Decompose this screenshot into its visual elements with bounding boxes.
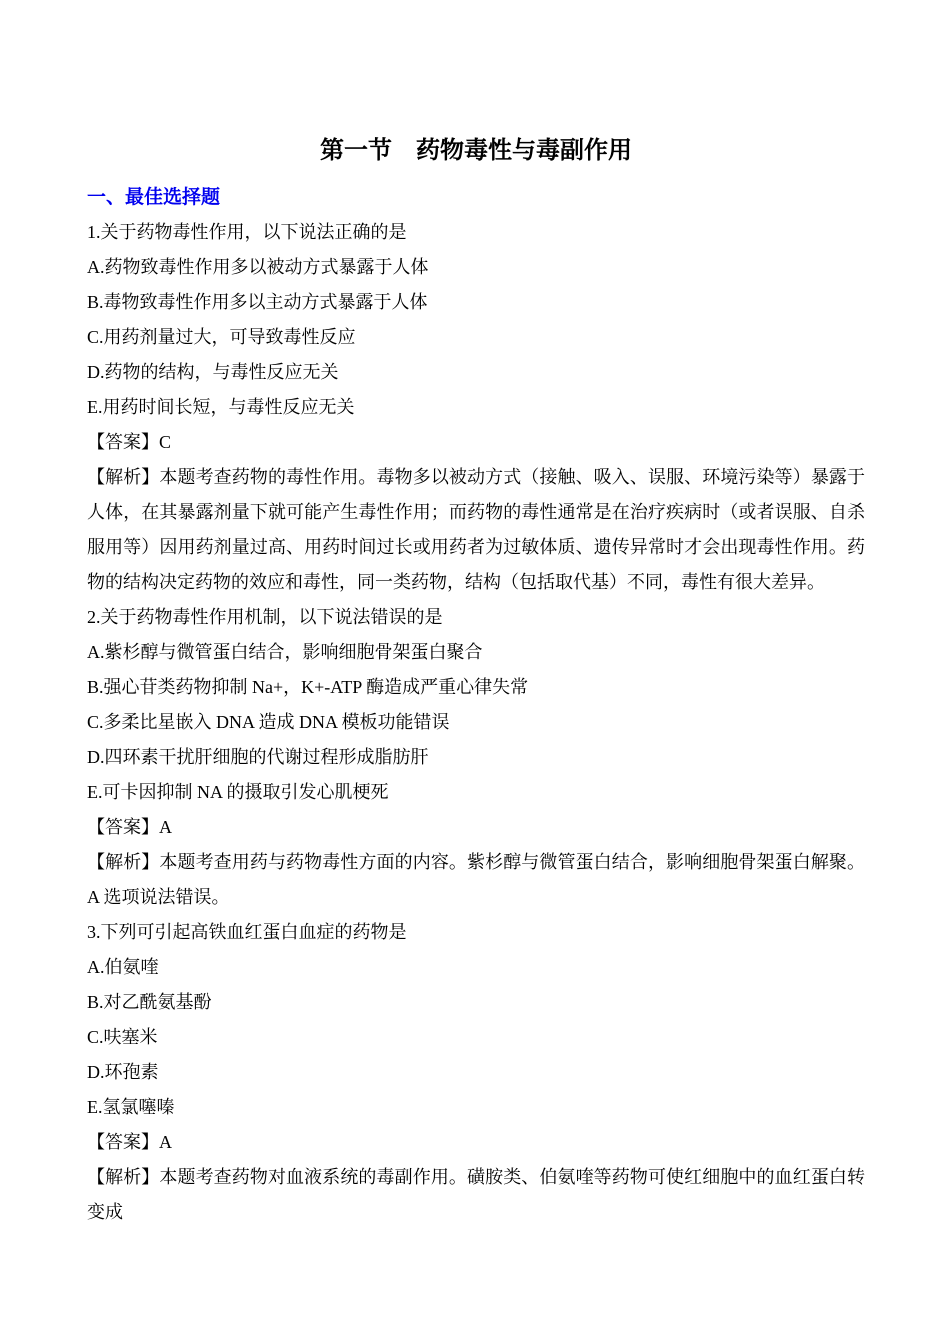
option-b: B.毒物致毒性作用多以主动方式暴露于人体 [87, 285, 865, 320]
option-c: C.多柔比星嵌入 DNA 造成 DNA 模板功能错误 [87, 705, 865, 740]
analysis-label: 【解析】 [87, 467, 159, 487]
option-c: C.用药剂量过大，可导致毒性反应 [87, 320, 865, 355]
analysis-label: 【解析】 [87, 1167, 159, 1187]
question-stem: 3.下列可引起高铁血红蛋白血症的药物是 [87, 915, 865, 950]
answer-label: 【答案】 [87, 1132, 159, 1152]
option-d: D.药物的结构，与毒性反应无关 [87, 355, 865, 390]
answer-value: A [159, 1132, 172, 1152]
option-d: D.四环素干扰肝细胞的代谢过程形成脂肪肝 [87, 740, 865, 775]
option-d: D.环孢素 [87, 1055, 865, 1090]
analysis-text: 本题考查药物对血液系统的毒副作用。磺胺类、伯氨喹等药物可使红细胞中的血红蛋白转变… [87, 1167, 865, 1222]
analysis-paragraph: 【解析】本题考查用药与药物毒性方面的内容。紫杉醇与微管蛋白结合，影响细胞骨架蛋白… [87, 845, 865, 915]
question-block-1: 1.关于药物毒性作用，以下说法正确的是 A.药物致毒性作用多以被动方式暴露于人体… [87, 215, 865, 600]
option-b: B.强心苷类药物抑制 Na+，K+-ATP 酶造成严重心律失常 [87, 670, 865, 705]
analysis-paragraph: 【解析】本题考查药物对血液系统的毒副作用。磺胺类、伯氨喹等药物可使红细胞中的血红… [87, 1160, 865, 1230]
option-a: A.紫杉醇与微管蛋白结合，影响细胞骨架蛋白聚合 [87, 635, 865, 670]
answer-label: 【答案】 [87, 432, 159, 452]
option-b: B.对乙酰氨基酚 [87, 985, 865, 1020]
answer-line: 【答案】A [87, 810, 865, 845]
answer-value: A [159, 817, 172, 837]
option-e: E.氢氯噻嗪 [87, 1090, 865, 1125]
answer-line: 【答案】C [87, 425, 865, 460]
option-e: E.用药时间长短，与毒性反应无关 [87, 390, 865, 425]
analysis-text: 本题考查用药与药物毒性方面的内容。紫杉醇与微管蛋白结合，影响细胞骨架蛋白解聚。A… [87, 852, 865, 907]
option-a: A.伯氨喹 [87, 950, 865, 985]
answer-line: 【答案】A [87, 1125, 865, 1160]
question-block-2: 2.关于药物毒性作用机制，以下说法错误的是 A.紫杉醇与微管蛋白结合，影响细胞骨… [87, 600, 865, 915]
question-stem: 2.关于药物毒性作用机制，以下说法错误的是 [87, 600, 865, 635]
document-page: 第一节 药物毒性与毒副作用 一、最佳选择题 1.关于药物毒性作用，以下说法正确的… [0, 0, 950, 1344]
question-block-3: 3.下列可引起高铁血红蛋白血症的药物是 A.伯氨喹 B.对乙酰氨基酚 C.呋塞米… [87, 915, 865, 1230]
analysis-label: 【解析】 [87, 852, 159, 872]
question-stem: 1.关于药物毒性作用，以下说法正确的是 [87, 215, 865, 250]
answer-value: C [159, 432, 171, 452]
analysis-text: 本题考查药物的毒性作用。毒物多以被动方式（接触、吸入、误服、环境污染等）暴露于人… [87, 467, 865, 592]
section-heading: 一、最佳选择题 [87, 180, 865, 215]
page-title: 第一节 药物毒性与毒副作用 [87, 133, 865, 168]
analysis-paragraph: 【解析】本题考查药物的毒性作用。毒物多以被动方式（接触、吸入、误服、环境污染等）… [87, 460, 865, 600]
option-c: C.呋塞米 [87, 1020, 865, 1055]
answer-label: 【答案】 [87, 817, 159, 837]
option-e: E.可卡因抑制 NA 的摄取引发心肌梗死 [87, 775, 865, 810]
option-a: A.药物致毒性作用多以被动方式暴露于人体 [87, 250, 865, 285]
